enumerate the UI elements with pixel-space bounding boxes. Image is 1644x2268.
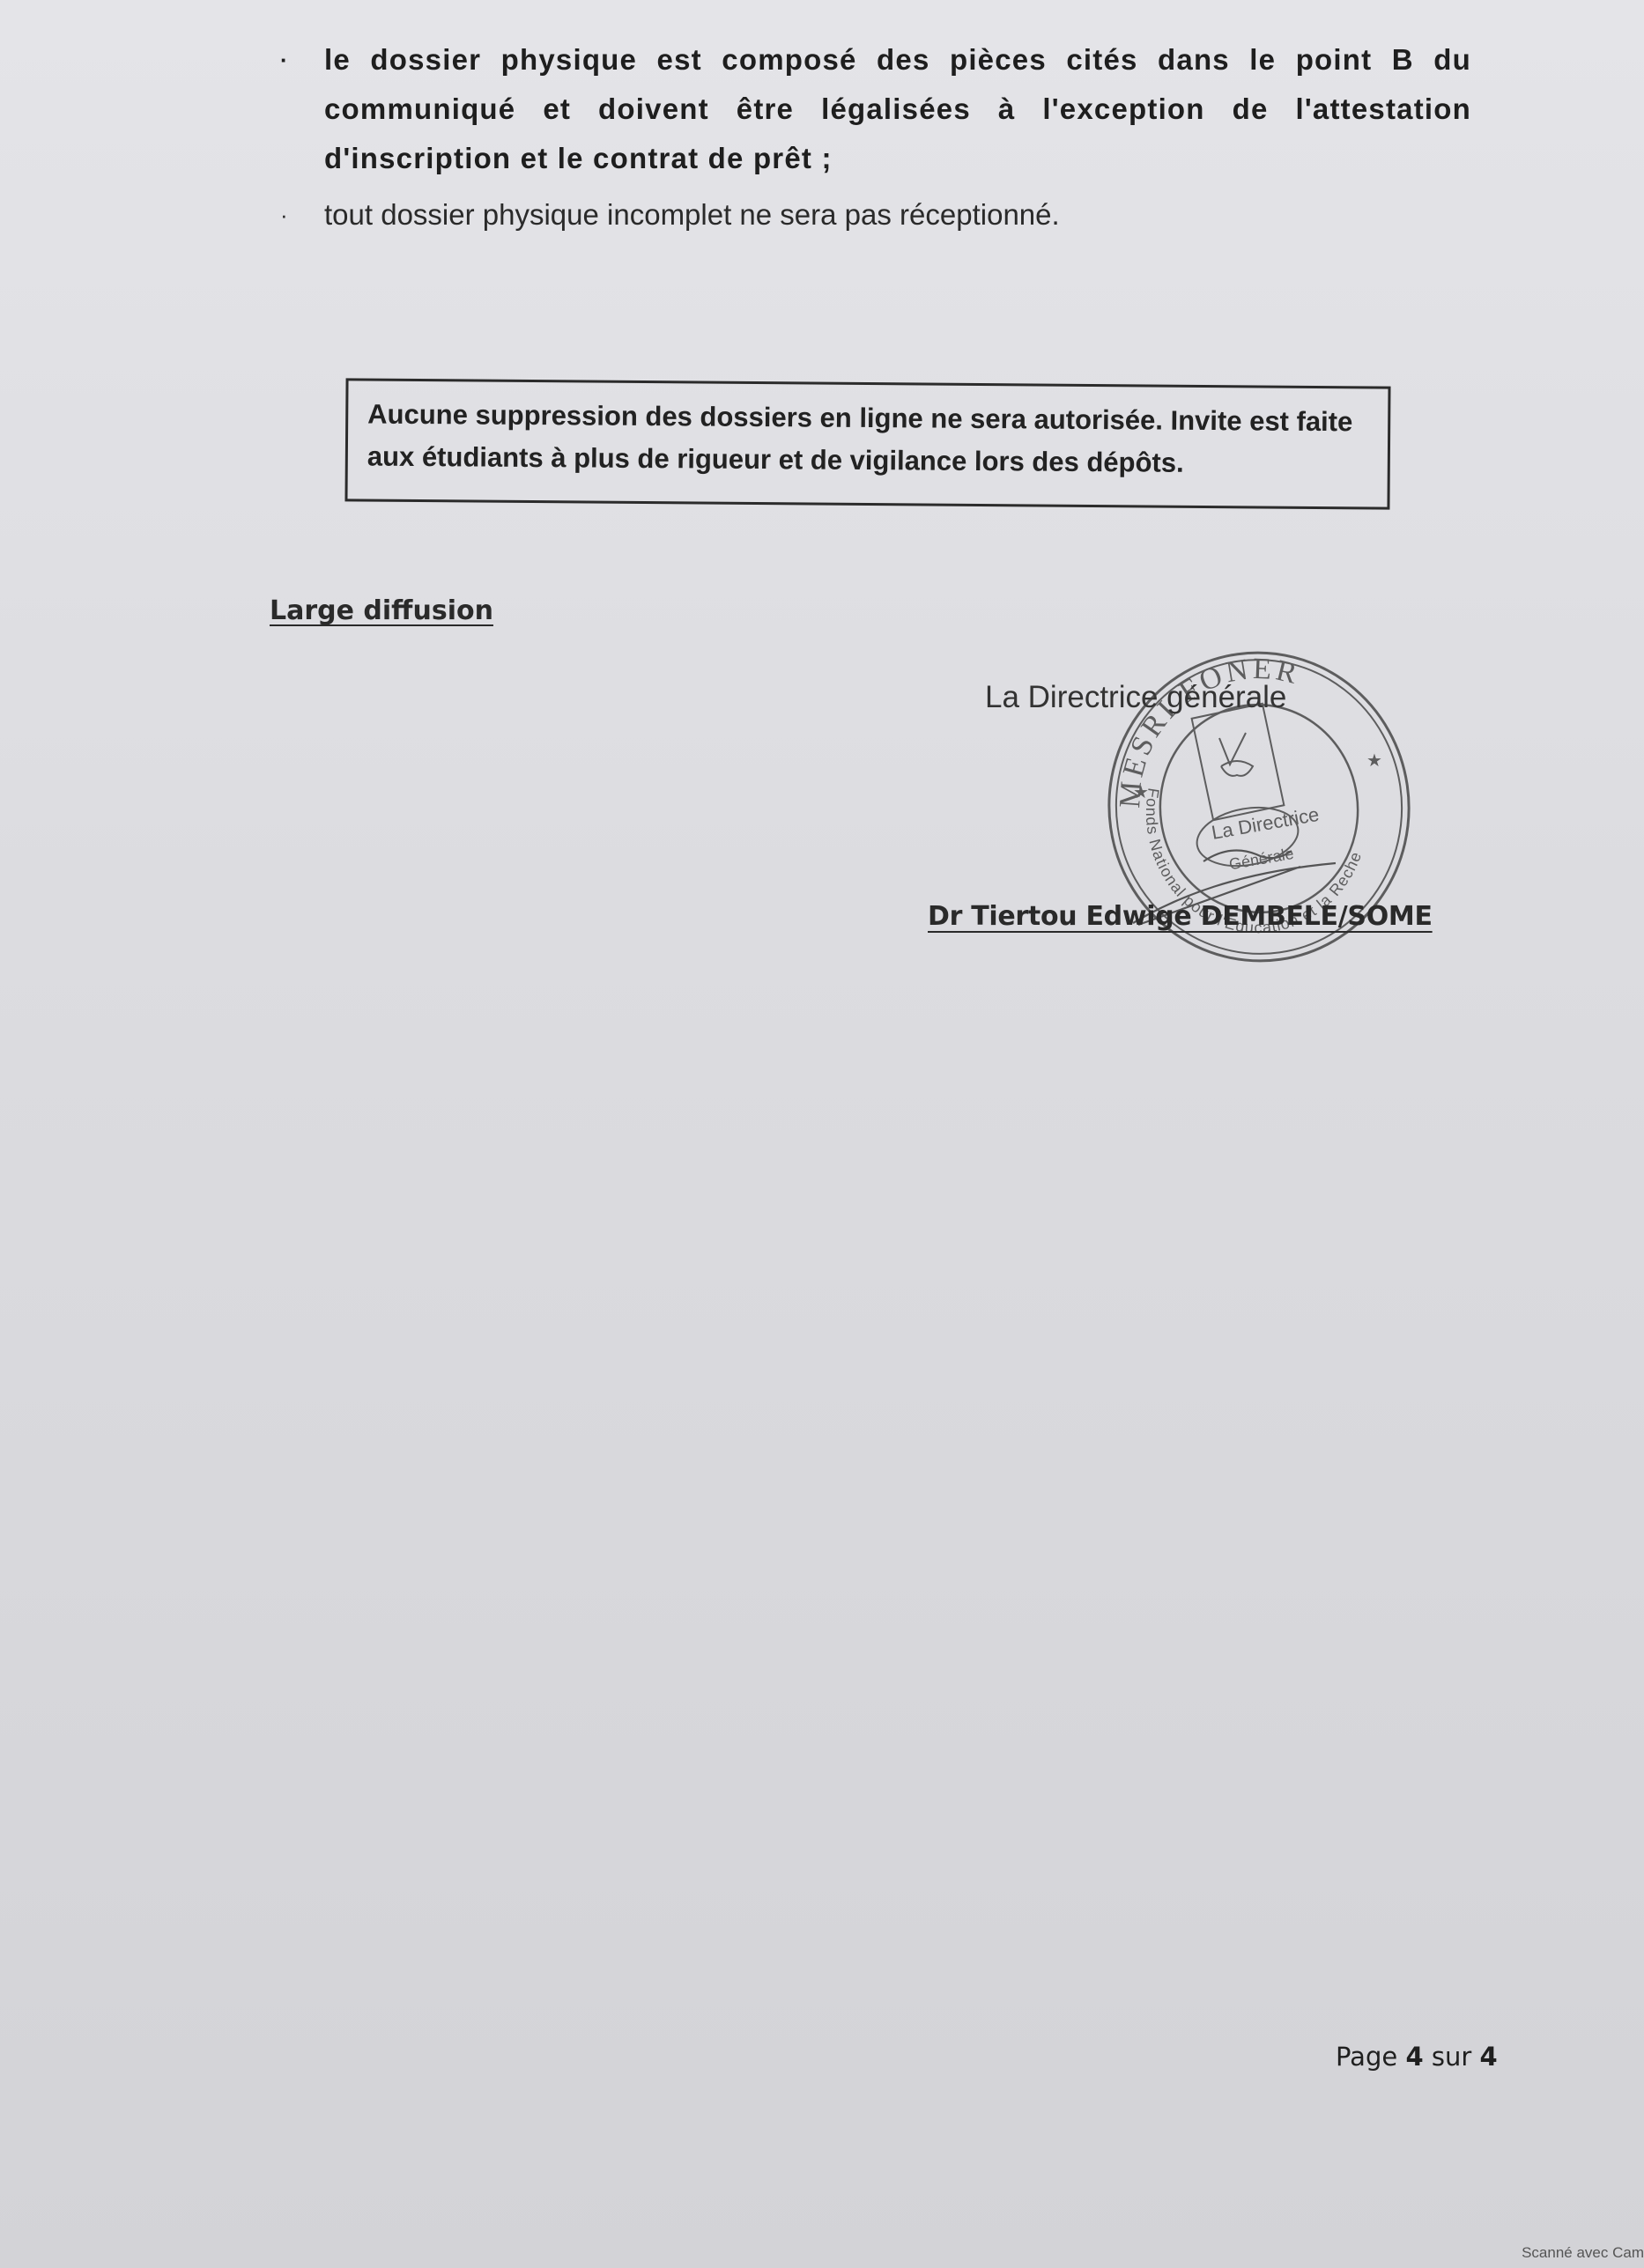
notice-text: Aucune suppression des dossiers en ligne… <box>367 399 1353 478</box>
list-item-text: tout dossier physique incomplet ne sera … <box>324 198 1060 231</box>
bullet-marker: · <box>280 190 288 240</box>
requirements-list: · le dossier physique est composé des pi… <box>273 35 1471 240</box>
stamp-inner-line1: La Directrice <box>1210 803 1321 844</box>
page-separator: sur <box>1432 2042 1471 2072</box>
list-item: · tout dossier physique incomplet ne ser… <box>273 190 1471 240</box>
signatory-name: Dr Tiertou Edwige DEMBELE/SOME <box>928 901 1433 932</box>
bullet-marker: · <box>280 35 289 85</box>
page-total: 4 <box>1479 2042 1497 2072</box>
svg-text:★: ★ <box>1133 783 1149 802</box>
svg-text:★: ★ <box>1366 751 1382 771</box>
stamp-inner-line2: Générale <box>1228 845 1295 874</box>
page-number: Page 4 sur 4 <box>1336 2042 1498 2072</box>
notice-box: Aucune suppression des dossiers en ligne… <box>344 378 1390 509</box>
stamp-top-text: MESRI FONER <box>1114 653 1303 809</box>
page-prefix: Page <box>1336 2042 1397 2072</box>
signatory-title: La Directrice générale <box>985 680 1286 715</box>
scanner-watermark: Scanné avec Cam <box>1522 2244 1644 2262</box>
list-item: · le dossier physique est composé des pi… <box>273 35 1471 183</box>
distribution-label: Large diffusion <box>270 595 493 626</box>
page-current: 4 <box>1405 2042 1423 2072</box>
list-item-text: le dossier physique est composé des pièc… <box>324 43 1471 174</box>
document-page: · le dossier physique est composé des pi… <box>0 0 1644 2268</box>
svg-text:MESRI FONER: MESRI FONER <box>1114 653 1303 809</box>
